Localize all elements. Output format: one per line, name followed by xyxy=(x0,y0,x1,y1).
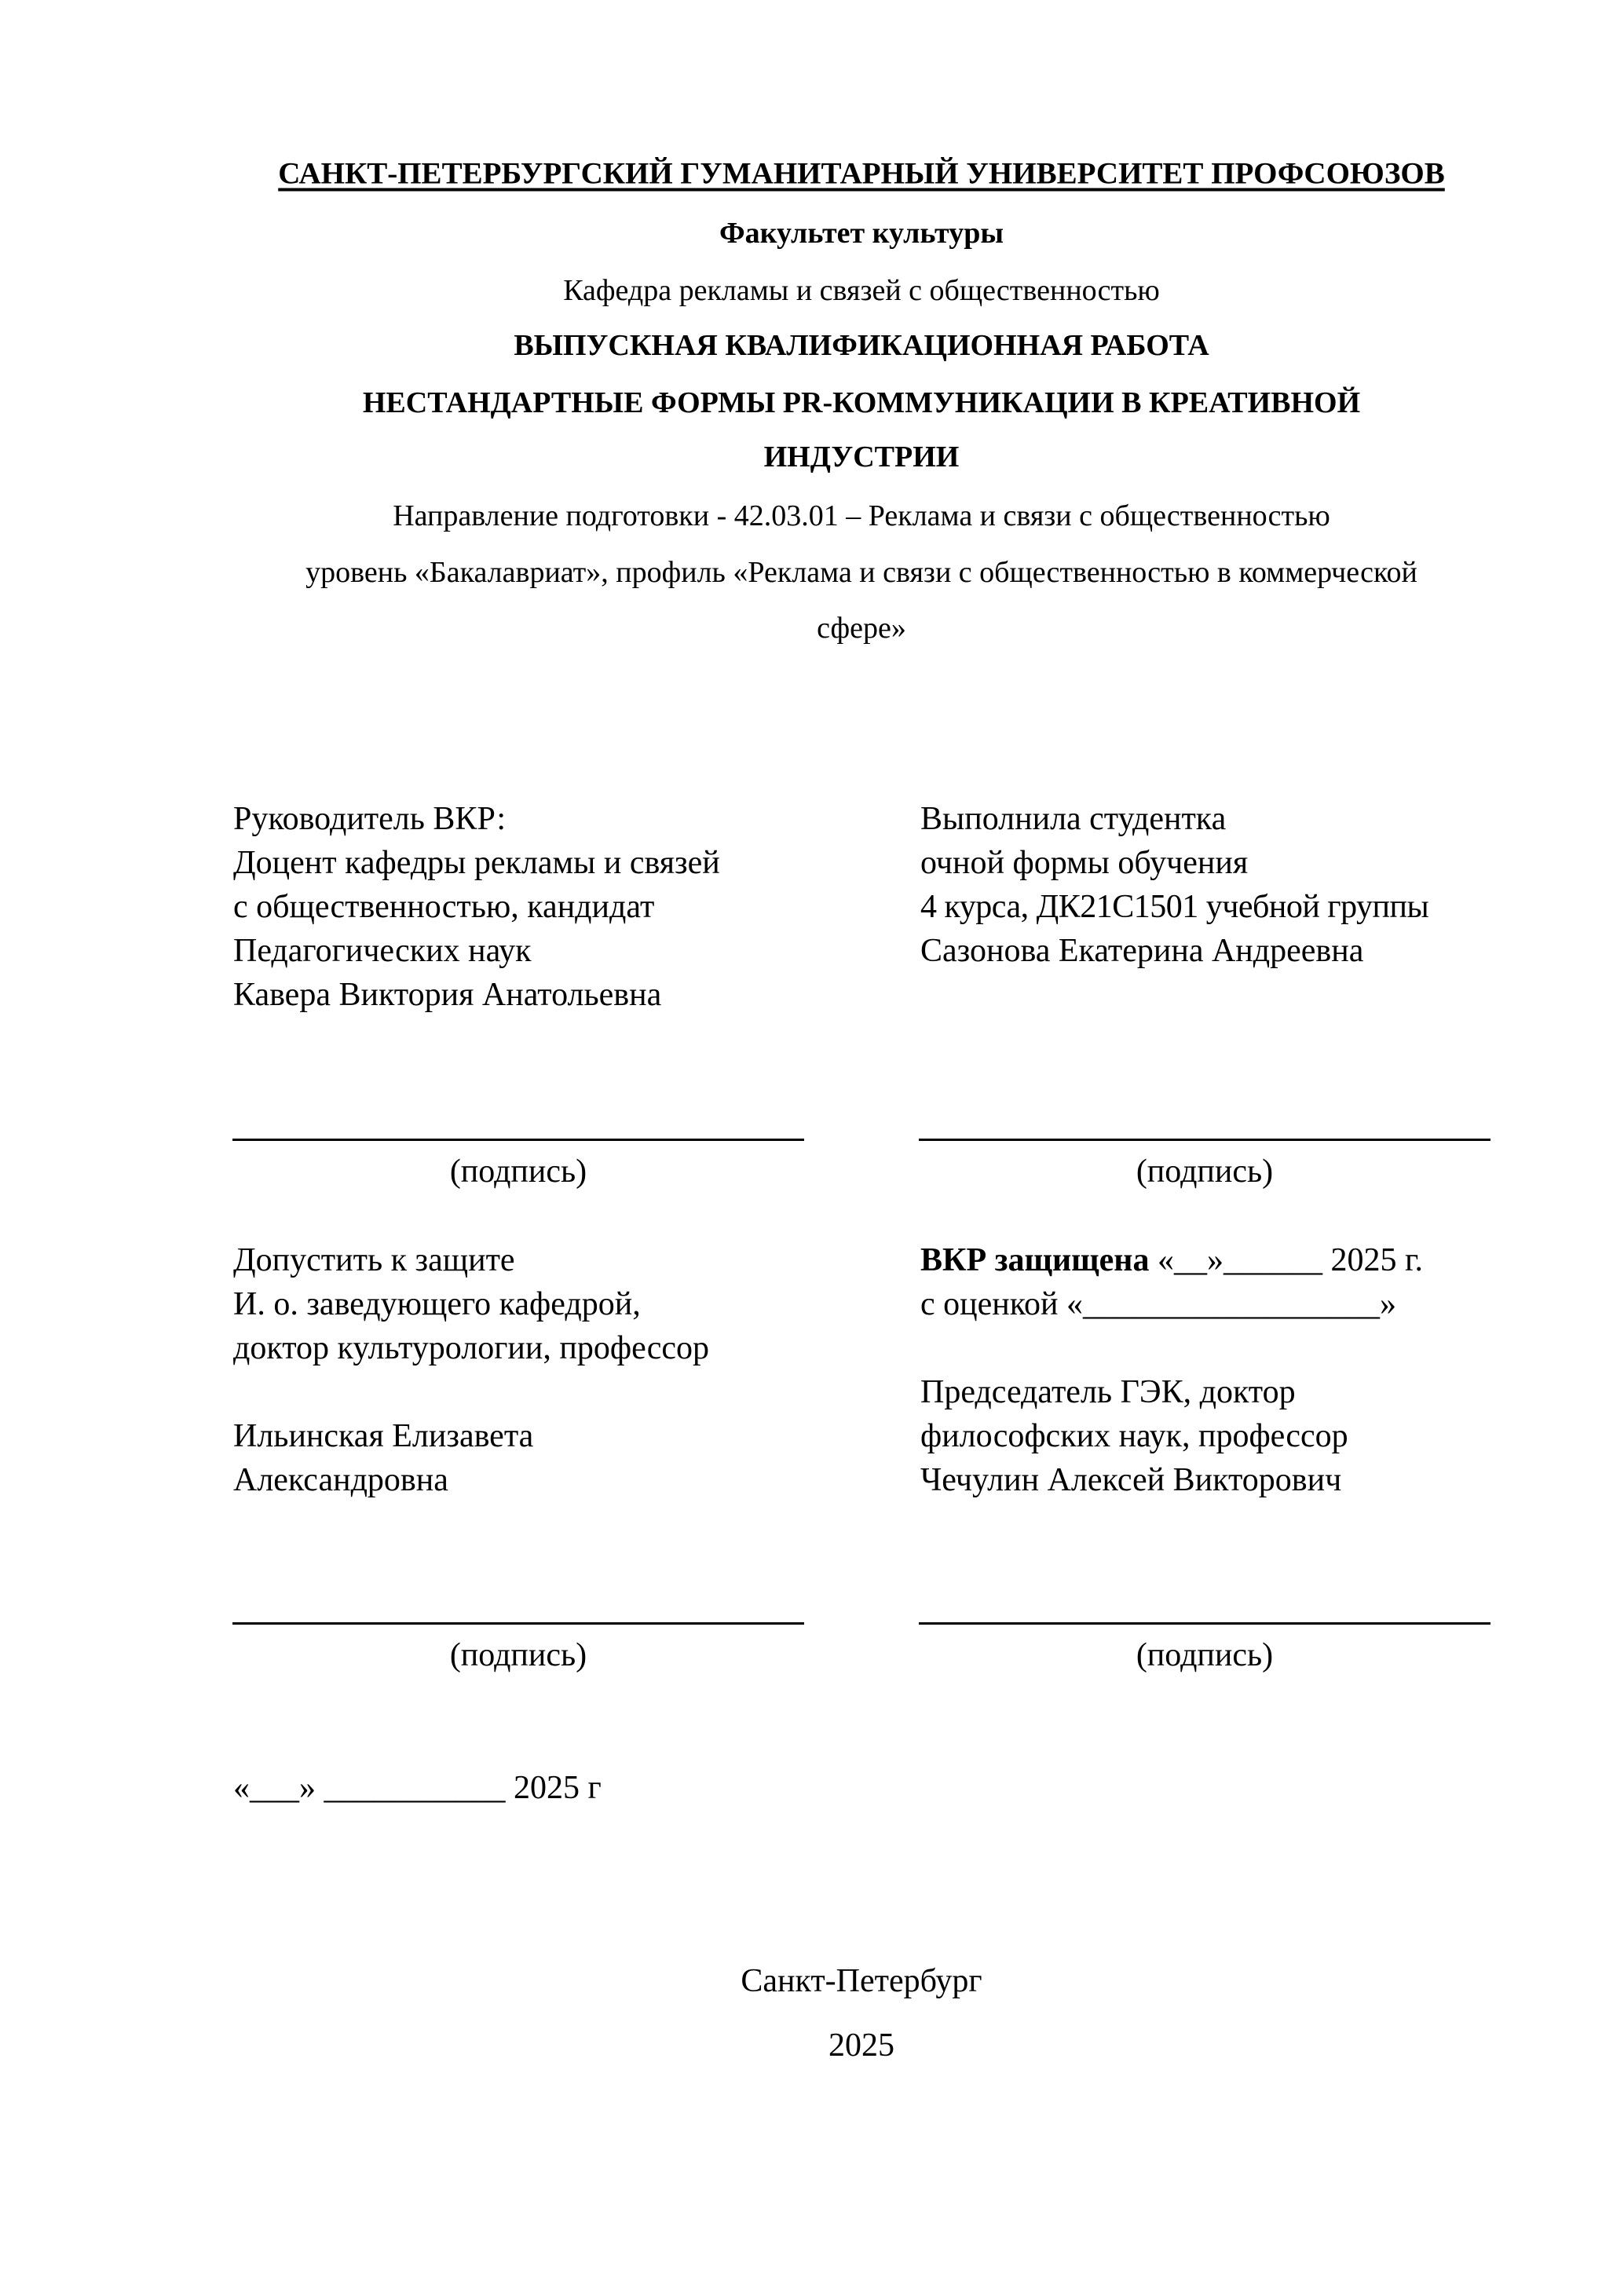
admission-line: Допустить к защите xyxy=(233,1238,830,1282)
student-group: 4 курса, ДК21С1501 учебной группы xyxy=(920,885,1517,929)
supervisor-line: Педагогических наук xyxy=(233,929,830,973)
student-line: очной формы обучения xyxy=(920,841,1517,885)
thesis-title-line-2: ИНДУСТРИИ xyxy=(232,442,1490,472)
defense-grade-line: с оценкой «__________________» xyxy=(920,1282,1517,1326)
student-line: Выполнила студентка xyxy=(920,797,1517,841)
supervisor-line: Доцент кафедры рекламы и связей xyxy=(233,841,830,885)
admission-block: Допустить к защите И. о. заведующего каф… xyxy=(233,1238,830,1502)
commission-chair-line: Председатель ГЭК, доктор xyxy=(920,1370,1517,1414)
faculty-name: Факультет культуры xyxy=(232,218,1490,248)
head-of-department-name: Ильинская Елизавета xyxy=(233,1414,830,1458)
study-direction: Направление подготовки - 42.03.01 – Рекл… xyxy=(232,501,1490,531)
commission-chair-name: Чечулин Алексей Викторович xyxy=(920,1458,1517,1502)
supervisor-line: с общественностью, кандидат xyxy=(233,885,830,929)
student-signature-label: (подпись) xyxy=(919,1155,1490,1188)
supervisor-block: Руководитель ВКР: Доцент кафедры рекламы… xyxy=(233,797,830,1017)
student-block: Выполнила студентка очной формы обучения… xyxy=(920,797,1517,973)
admission-line: И. о. заведующего кафедрой, xyxy=(233,1282,830,1326)
head-of-department-name: Александровна xyxy=(233,1458,830,1502)
department-name: Кафедра рекламы и связей с общественност… xyxy=(232,276,1490,305)
work-type: ВЫПУСКНАЯ КВАЛИФИКАЦИОННАЯ РАБОТА xyxy=(232,331,1490,360)
thesis-title-line-1: НЕСТАНДАРТНЫЕ ФОРМЫ PR-КОММУНИКАЦИИ В КР… xyxy=(232,388,1490,418)
chair-signature-label: (подпись) xyxy=(919,1639,1490,1672)
defense-status-line: ВКР защищена «__»______ 2025 г. xyxy=(920,1238,1517,1282)
head-signature-line xyxy=(232,1622,804,1625)
footer-city: Санкт-Петербург xyxy=(232,1965,1490,1998)
student-name: Сазонова Екатерина Андреевна xyxy=(920,929,1517,973)
admission-spacer xyxy=(233,1370,830,1414)
university-name: САНКТ-ПЕТЕРБУРГСКИЙ ГУМАНИТАРНЫЙ УНИВЕРС… xyxy=(232,159,1490,189)
footer-year: 2025 xyxy=(232,2029,1490,2062)
admission-line: доктор культурологии, профессор xyxy=(233,1326,830,1370)
commission-chair-line: философских наук, профессор xyxy=(920,1414,1517,1458)
defense-date-blank: «__»______ 2025 г. xyxy=(1149,1242,1423,1278)
defense-status-label: ВКР защищена xyxy=(920,1242,1149,1278)
supervisor-line: Руководитель ВКР: xyxy=(233,797,830,841)
student-signature-line xyxy=(919,1139,1490,1141)
study-level-line-2: сфере» xyxy=(232,613,1490,643)
supervisor-signature-label: (подпись) xyxy=(232,1155,804,1188)
supervisor-name: Кавера Виктория Анатольевна xyxy=(233,973,830,1017)
title-page: САНКТ-ПЕТЕРБУРГСКИЙ ГУМАНИТАРНЫЙ УНИВЕРС… xyxy=(0,0,1624,2296)
defense-block: ВКР защищена «__»______ 2025 г. с оценко… xyxy=(920,1238,1517,1502)
chair-signature-line xyxy=(919,1622,1490,1625)
admission-date-line: «___» ___________ 2025 г xyxy=(233,1771,602,1804)
head-signature-label: (подпись) xyxy=(232,1639,804,1672)
supervisor-signature-line xyxy=(232,1139,804,1141)
study-level-line-1: уровень «Бакалавриат», профиль «Реклама … xyxy=(232,558,1490,587)
defense-spacer xyxy=(920,1326,1517,1370)
